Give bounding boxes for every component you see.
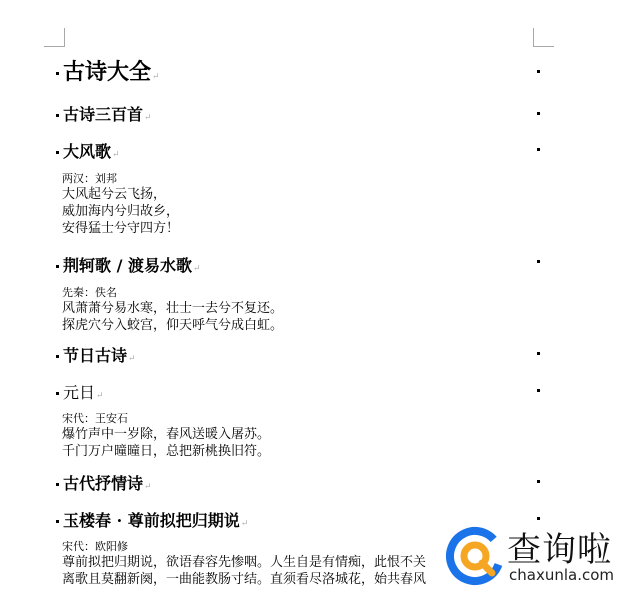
paragraph-mark-icon: ↵ xyxy=(128,354,136,364)
heading-bullet-icon xyxy=(56,392,59,395)
paragraph-mark-icon: ↵ xyxy=(144,113,152,123)
margin-marker-icon xyxy=(537,480,540,483)
heading-bullet-icon xyxy=(56,265,59,268)
section-heading[interactable]: 古诗三百首↵ xyxy=(56,102,152,125)
margin-marker-icon xyxy=(537,352,540,355)
poem-body[interactable]: 两汉：刘邦 大风起兮云飞扬， 威加海内兮归故乡， 安得猛士兮守四方！ xyxy=(62,170,179,237)
document-title[interactable]: 古诗大全↵ xyxy=(56,55,160,86)
paragraph-mark-icon: ↵ xyxy=(193,264,201,274)
poem-body[interactable]: 先秦：佚名 风萧萧兮易水寒，壮士一去兮不复还。 探虎穴兮入蛟宫，仰天呼气兮成白虹… xyxy=(62,284,283,334)
paragraph-mark-icon: ↵ xyxy=(241,519,249,529)
paragraph-mark-icon: ↵ xyxy=(144,482,152,492)
paragraph-mark-icon: ↵ xyxy=(112,150,120,160)
heading-bullet-icon xyxy=(56,151,59,154)
heading-bullet-icon xyxy=(56,520,59,523)
poem-line: 威加海内兮归故乡， xyxy=(62,203,179,220)
poem-line: 爆竹声中一岁除，春风送暖入屠苏。 xyxy=(62,426,270,443)
poem-line: 千门万户曈曈日，总把新桃换旧符。 xyxy=(62,443,270,460)
poem-heading[interactable]: 元日↵ xyxy=(56,380,104,403)
margin-marker-icon xyxy=(537,112,540,115)
paragraph-mark-icon: ↵ xyxy=(152,72,160,82)
heading-bullet-icon xyxy=(56,483,59,486)
margin-marker-icon xyxy=(537,389,540,392)
poem-line: 尊前拟把归期说，欲语春容先惨咽。人生自是有情痴，此恨不关 xyxy=(62,554,426,571)
poem-line: 探虎穴兮入蛟宫，仰天呼气兮成白虹。 xyxy=(62,317,283,334)
poem-author: 两汉：刘邦 xyxy=(62,170,179,186)
paragraph-mark-icon: ↵ xyxy=(96,391,104,401)
poem-line: 风萧萧兮易水寒，壮士一去兮不复还。 xyxy=(62,300,283,317)
margin-marker-icon xyxy=(537,260,540,263)
watermark-logo: 查询啦 chaxunla.com xyxy=(445,520,620,590)
poem-author: 宋代：王安石 xyxy=(62,410,270,426)
watermark-url: chaxunla.com xyxy=(509,566,614,584)
watermark-brand: 查询啦 xyxy=(507,522,612,571)
section-heading[interactable]: 古代抒情诗↵ xyxy=(56,471,152,494)
chaxunla-logo-icon xyxy=(445,526,505,586)
poem-body[interactable]: 宋代：王安石 爆竹声中一岁除，春风送暖入屠苏。 千门万户曈曈日，总把新桃换旧符。 xyxy=(62,410,270,460)
heading-bullet-icon xyxy=(56,72,59,75)
poem-author: 先秦：佚名 xyxy=(62,284,283,300)
heading-bullet-icon xyxy=(56,355,59,358)
page-corner-top-left xyxy=(44,28,65,47)
heading-bullet-icon xyxy=(56,114,59,117)
poem-author: 宋代：欧阳修 xyxy=(62,538,426,554)
poem-heading[interactable]: 玉楼春 · 尊前拟把归期说↵ xyxy=(56,508,248,531)
margin-marker-icon xyxy=(537,70,540,73)
poem-line: 大风起兮云飞扬， xyxy=(62,186,179,203)
poem-heading[interactable]: 大风歌↵ xyxy=(56,139,120,162)
section-heading[interactable]: 节日古诗↵ xyxy=(56,343,136,366)
margin-marker-icon xyxy=(537,148,540,151)
poem-body[interactable]: 宋代：欧阳修 尊前拟把归期说，欲语春容先惨咽。人生自是有情痴，此恨不关 离歌且莫… xyxy=(62,538,426,588)
poem-heading[interactable]: 荆轲歌 / 渡易水歌↵ xyxy=(56,253,201,276)
poem-line: 离歌且莫翻新阕，一曲能教肠寸结。直须看尽洛城花，始共春风 xyxy=(62,571,426,588)
page-corner-top-right xyxy=(533,28,554,47)
poem-line: 安得猛士兮守四方！ xyxy=(62,220,179,237)
